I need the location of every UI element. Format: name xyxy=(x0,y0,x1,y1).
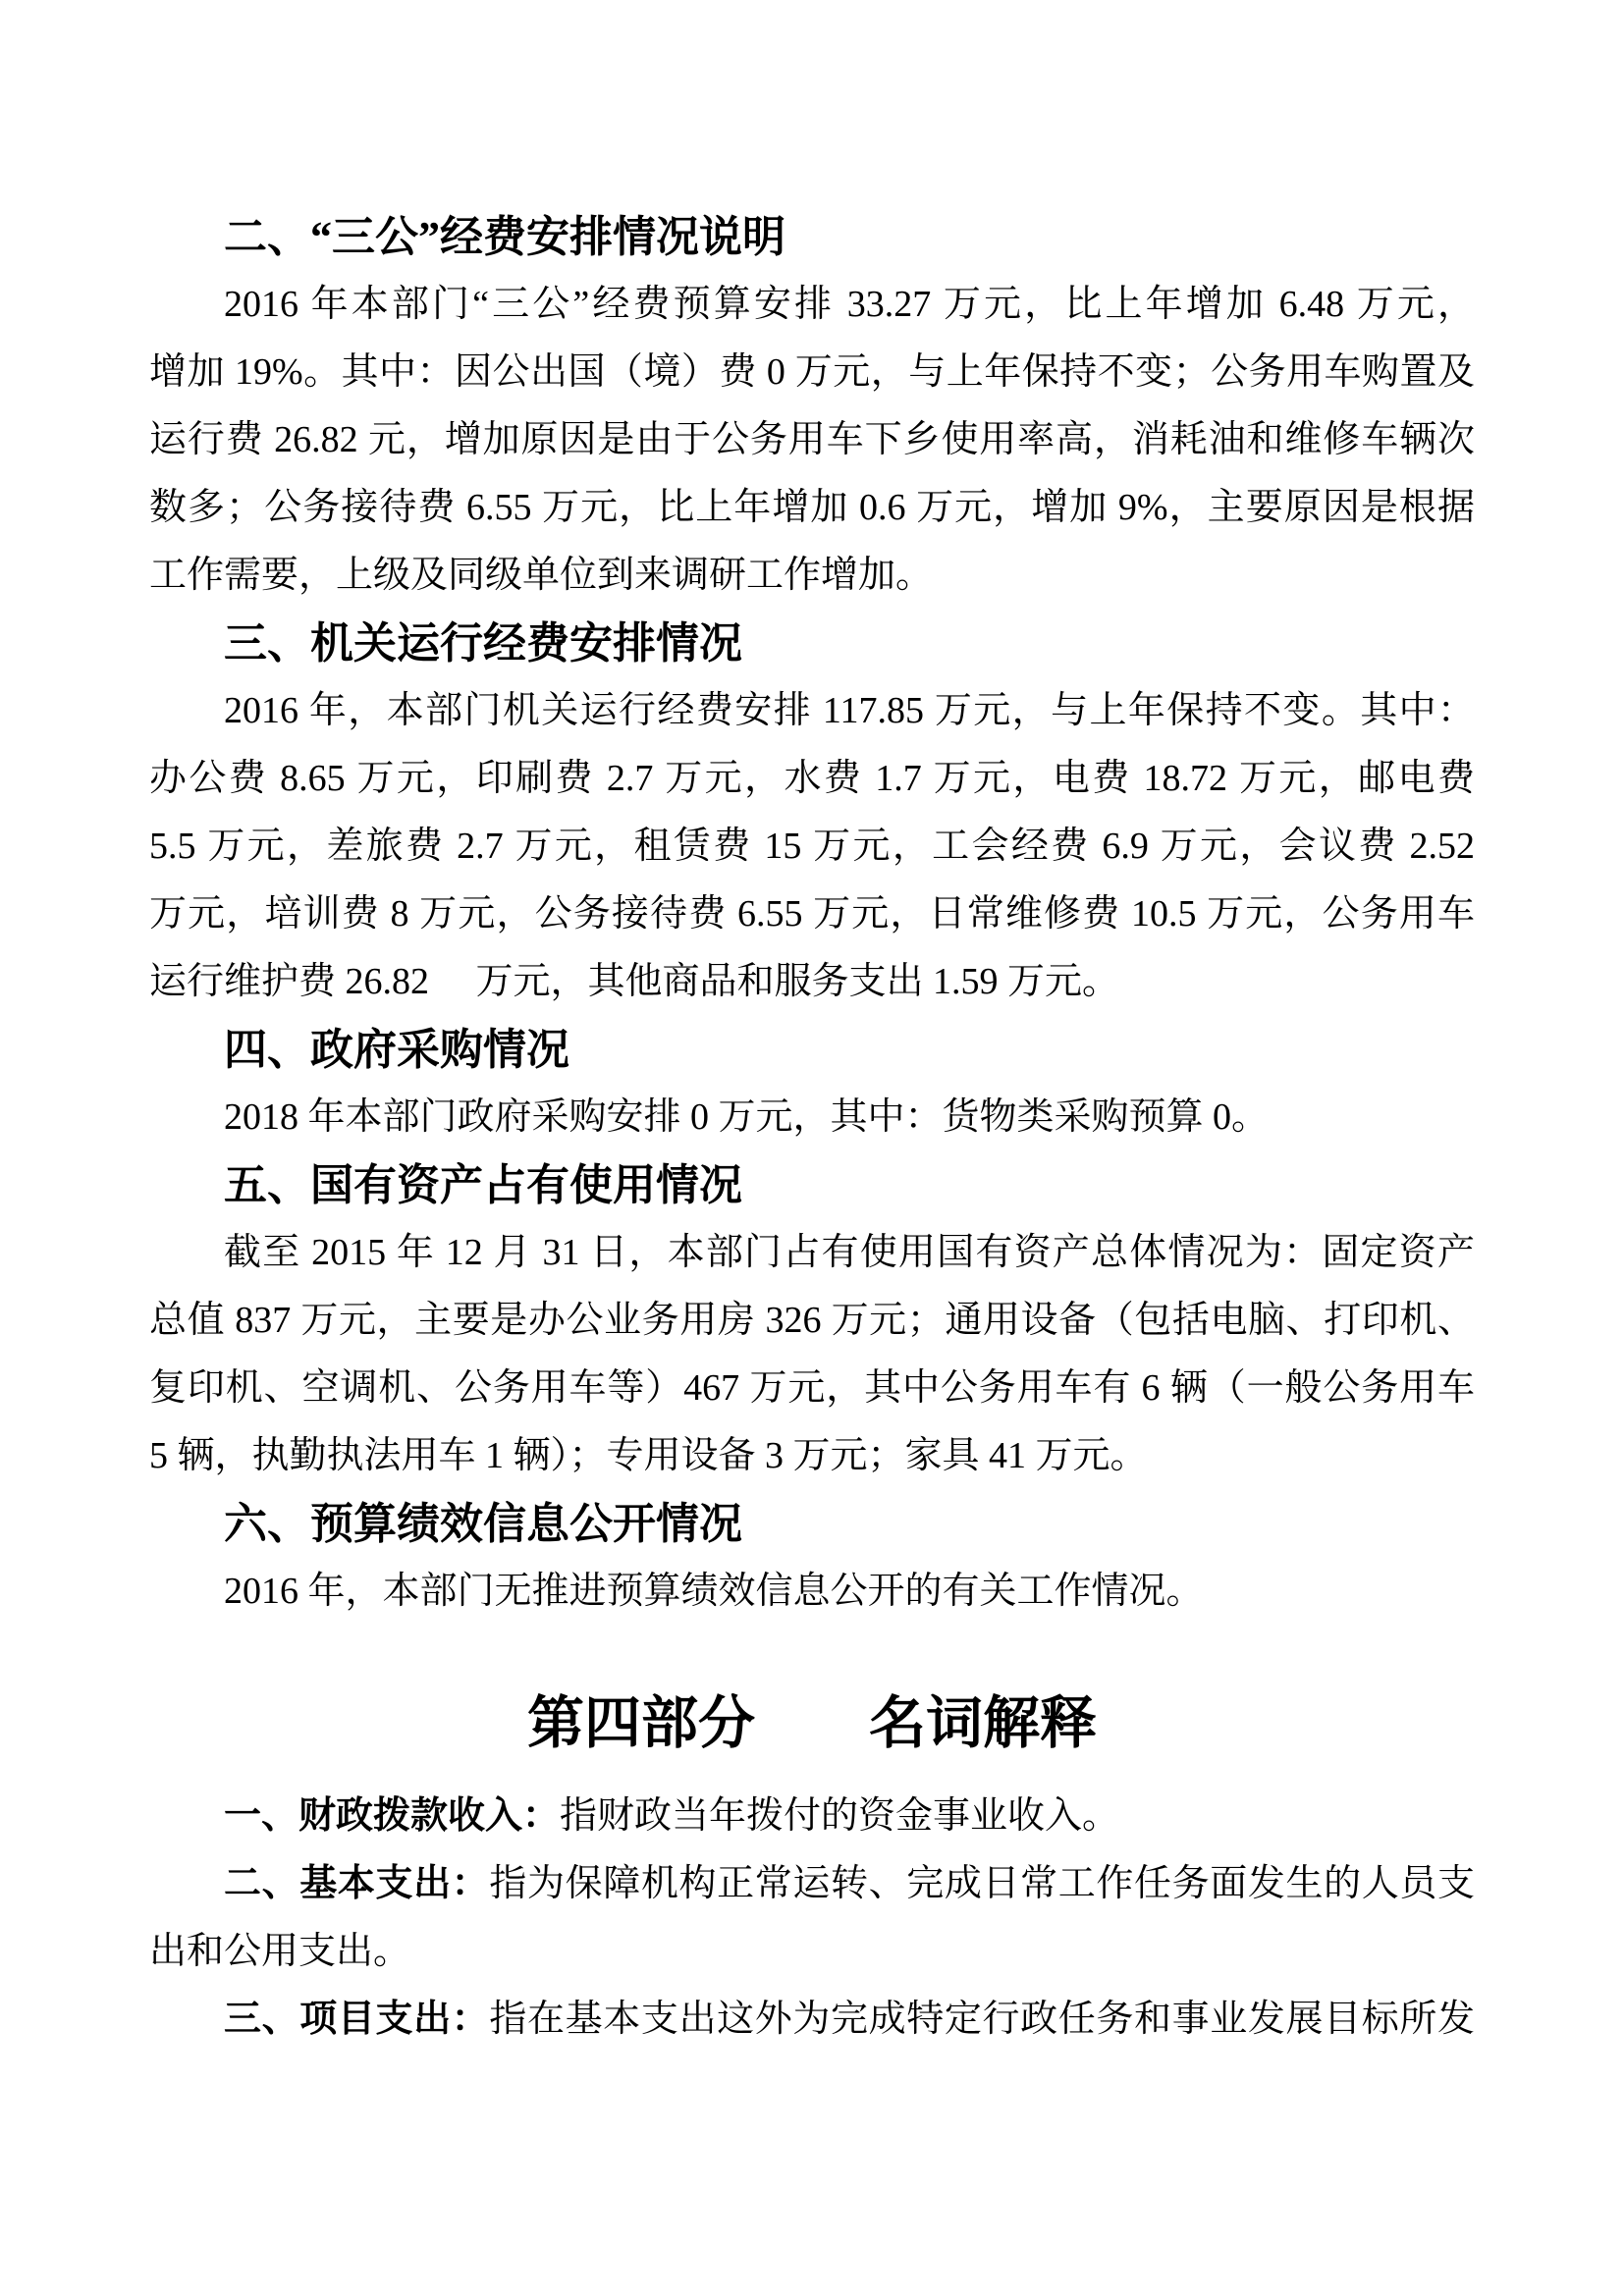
term-line: 三、项目支出：指在基本支出这外为完成特定行政任务和事业发展目标所发 xyxy=(149,1986,1475,2054)
term-line: 一、财政拨款收入：指财政当年拨付的资金事业收入。 xyxy=(149,1783,1475,1850)
paragraph-line: 出和公用支出。 xyxy=(149,1918,1475,1986)
term-definition: 指在基本支出这外为完成特定行政任务和事业发展目标所发 xyxy=(489,1999,1475,2040)
paragraph-line: 运行费 26.82 元，增加原因是由于公务用车下乡使用率高，消耗油和维修车辆次 xyxy=(149,406,1475,474)
section-heading-state-assets: 五、国有资产占有使用情况 xyxy=(149,1151,1475,1219)
paragraph-line: 总值 837 万元，主要是办公业务用房 326 万元；通用设备（包括电脑、打印机… xyxy=(149,1287,1475,1355)
document-content: 二、“三公”经费安排情况说明 2016 年本部门“三公”经费预算安排 33.27… xyxy=(149,203,1475,2054)
paragraph-line: 工作需要，上级及同级单位到来调研工作增加。 xyxy=(149,542,1475,610)
term-line: 二、基本支出：指为保障机构正常运转、完成日常工作任务面发生的人员支 xyxy=(149,1850,1475,1918)
paragraph-line: 万元，培训费 8 万元，公务接待费 6.55 万元，日常维修费 10.5 万元，… xyxy=(149,881,1475,948)
section-heading-performance-info: 六、预算绩效信息公开情况 xyxy=(149,1490,1475,1558)
section-heading-procurement: 四、政府采购情况 xyxy=(149,1016,1475,1084)
paragraph-line: 2018 年本部门政府采购安排 0 万元，其中：货物类采购预算 0。 xyxy=(149,1084,1475,1151)
paragraph-line: 截至 2015 年 12 月 31 日，本部门占有使用国有资产总体情况为：固定资… xyxy=(149,1219,1475,1287)
part-title: 第四部分 名词解释 xyxy=(149,1665,1475,1783)
term-label: 三、项目支出： xyxy=(224,1999,489,2040)
paragraph-line: 2016 年，本部门机关运行经费安排 117.85 万元，与上年保持不变。其中： xyxy=(149,677,1475,745)
paragraph-line: 5 辆，执勤执法用车 1 辆）；专用设备 3 万元；家具 41 万元。 xyxy=(149,1422,1475,1490)
paragraph-line: 2016 年本部门“三公”经费预算安排 33.27 万元，比上年增加 6.48 … xyxy=(149,271,1475,339)
section-heading-operating-funds: 三、机关运行经费安排情况 xyxy=(149,610,1475,677)
term-label: 一、财政拨款收入： xyxy=(224,1795,560,1837)
term-definition: 指为保障机构正常运转、完成日常工作任务面发生的人员支 xyxy=(489,1863,1475,1904)
paragraph-line: 复印机、空调机、公务用车等）467 万元，其中公务用车有 6 辆（一般公务用车 xyxy=(149,1355,1475,1422)
paragraph-line: 2016 年，本部门无推进预算绩效信息公开的有关工作情况。 xyxy=(149,1558,1475,1626)
term-label: 二、基本支出： xyxy=(224,1863,489,1904)
paragraph-line: 办公费 8.65 万元，印刷费 2.7 万元，水费 1.7 万元，电费 18.7… xyxy=(149,745,1475,813)
paragraph-line: 数多；公务接待费 6.55 万元，比上年增加 0.6 万元，增加 9%，主要原因… xyxy=(149,474,1475,542)
paragraph-line: 5.5 万元，差旅费 2.7 万元，租赁费 15 万元，工会经费 6.9 万元，… xyxy=(149,813,1475,881)
paragraph-line: 增加 19%。其中：因公出国（境）费 0 万元，与上年保持不变；公务用车购置及 xyxy=(149,339,1475,406)
document-page: 二、“三公”经费安排情况说明 2016 年本部门“三公”经费预算安排 33.27… xyxy=(0,0,1624,2296)
term-definition: 指财政当年拨付的资金事业收入。 xyxy=(560,1795,1119,1837)
paragraph-line: 运行维护费 26.82 万元，其他商品和服务支出 1.59 万元。 xyxy=(149,948,1475,1016)
section-heading-sangong: 二、“三公”经费安排情况说明 xyxy=(149,203,1475,271)
